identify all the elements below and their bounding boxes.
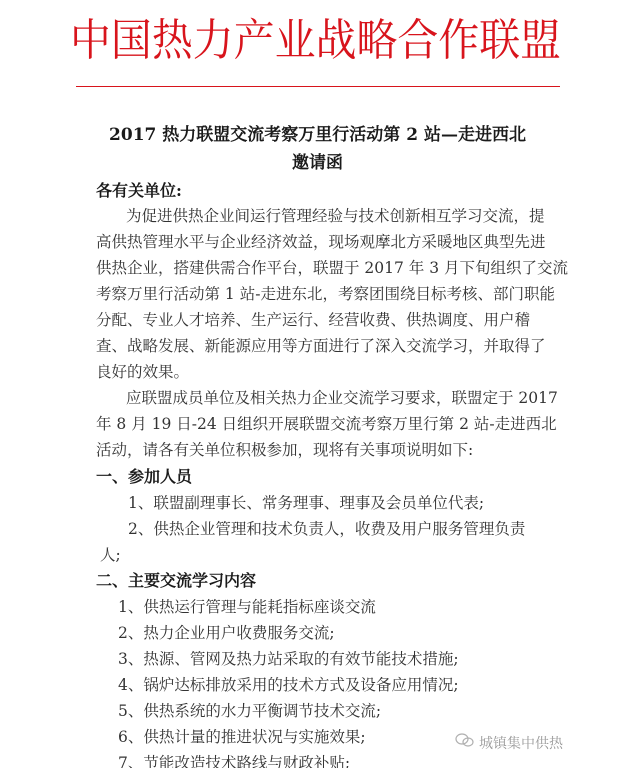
paragraph-line: 供热企业，搭建供需合作平台，联盟于 2017 年 3 月下旬组织了交流 xyxy=(96,256,568,278)
section-heading: 一、参加人员 xyxy=(96,464,192,487)
section-heading: 二、主要交流学习内容 xyxy=(96,568,256,591)
paragraph-line: 活动，请各有关单位积极参加，现将有关事项说明如下: xyxy=(96,438,473,460)
list-item: 6、供热计量的推进状况与实施效果; xyxy=(118,725,366,747)
paragraph-line: 应联盟成员单位及相关热力企业交流学习要求，联盟定于 2017 xyxy=(126,386,558,408)
paragraph-line: 良好的效果。 xyxy=(96,360,189,382)
paragraph-line: 高供热管理水平与企业经济效益，现场观摩北方采暖地区典型先进 xyxy=(96,230,546,252)
list-item: 人; xyxy=(100,543,121,565)
paragraph-line: 分配、专业人才培养、生产运行、经营收费、供热调度、用户稽 xyxy=(96,308,530,330)
salutation: 各有关单位: xyxy=(96,178,182,201)
masthead-title: 中国热力产业战略合作联盟 xyxy=(70,8,535,74)
list-item: 2、热力企业用户收费服务交流; xyxy=(118,621,335,643)
document-title: 2017 热力联盟交流考察万里行活动第 2 站—走进西北 xyxy=(0,120,635,145)
watermark-text: 城镇集中供热 xyxy=(479,736,563,752)
list-item: 1、供热运行管理与能耗指标座谈交流 xyxy=(118,595,376,617)
paragraph-line: 查、战略发展、新能源应用等方面进行了深入交流学习，并取得了 xyxy=(96,334,546,356)
list-item: 3、热源、管网及热力站采取的有效节能技术措施; xyxy=(118,647,459,669)
list-item: 1、联盟副理事长、常务理事、理事及会员单位代表; xyxy=(128,491,484,513)
list-item: 2、供热企业管理和技术负责人，收费及用户服务管理负责 xyxy=(128,517,525,539)
document-subtitle: 邀请函 xyxy=(0,148,635,173)
list-item: 7、节能改造技术路线与财政补贴; xyxy=(118,751,350,768)
list-item: 5、供热系统的水力平衡调节技术交流; xyxy=(118,699,381,721)
paragraph-line: 考察万里行活动第 1 站-走进东北，考察团围绕目标考核、部门职能 xyxy=(96,282,555,304)
masthead-rule xyxy=(76,86,560,87)
list-item: 4、锅炉达标排放采用的技术方式及设备应用情况; xyxy=(118,673,459,695)
wechat-icon xyxy=(455,732,475,752)
paragraph-line: 年 8 月 19 日-24 日组织开展联盟交流考察万里行第 2 站-走进西北 xyxy=(96,412,557,434)
paragraph-line: 为促进供热企业间运行管理经验与技术创新相互学习交流，提 xyxy=(126,204,545,226)
watermark: 城镇集中供热 xyxy=(455,732,563,753)
